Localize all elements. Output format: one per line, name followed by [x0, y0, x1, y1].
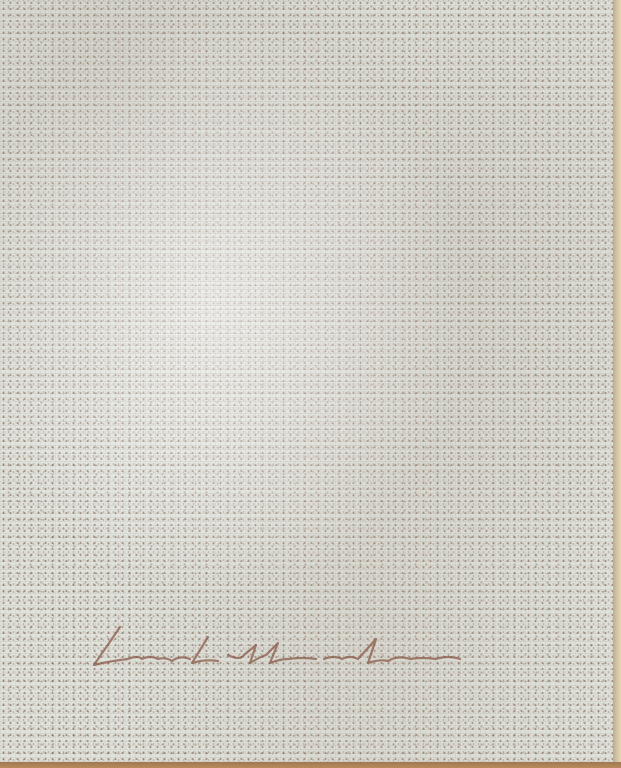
canvas-bottom-edge [0, 762, 621, 768]
canvas-surface [0, 0, 613, 762]
signature-stroke [80, 615, 550, 685]
artist-signature [80, 615, 550, 685]
canvas-right-edge [613, 0, 621, 768]
